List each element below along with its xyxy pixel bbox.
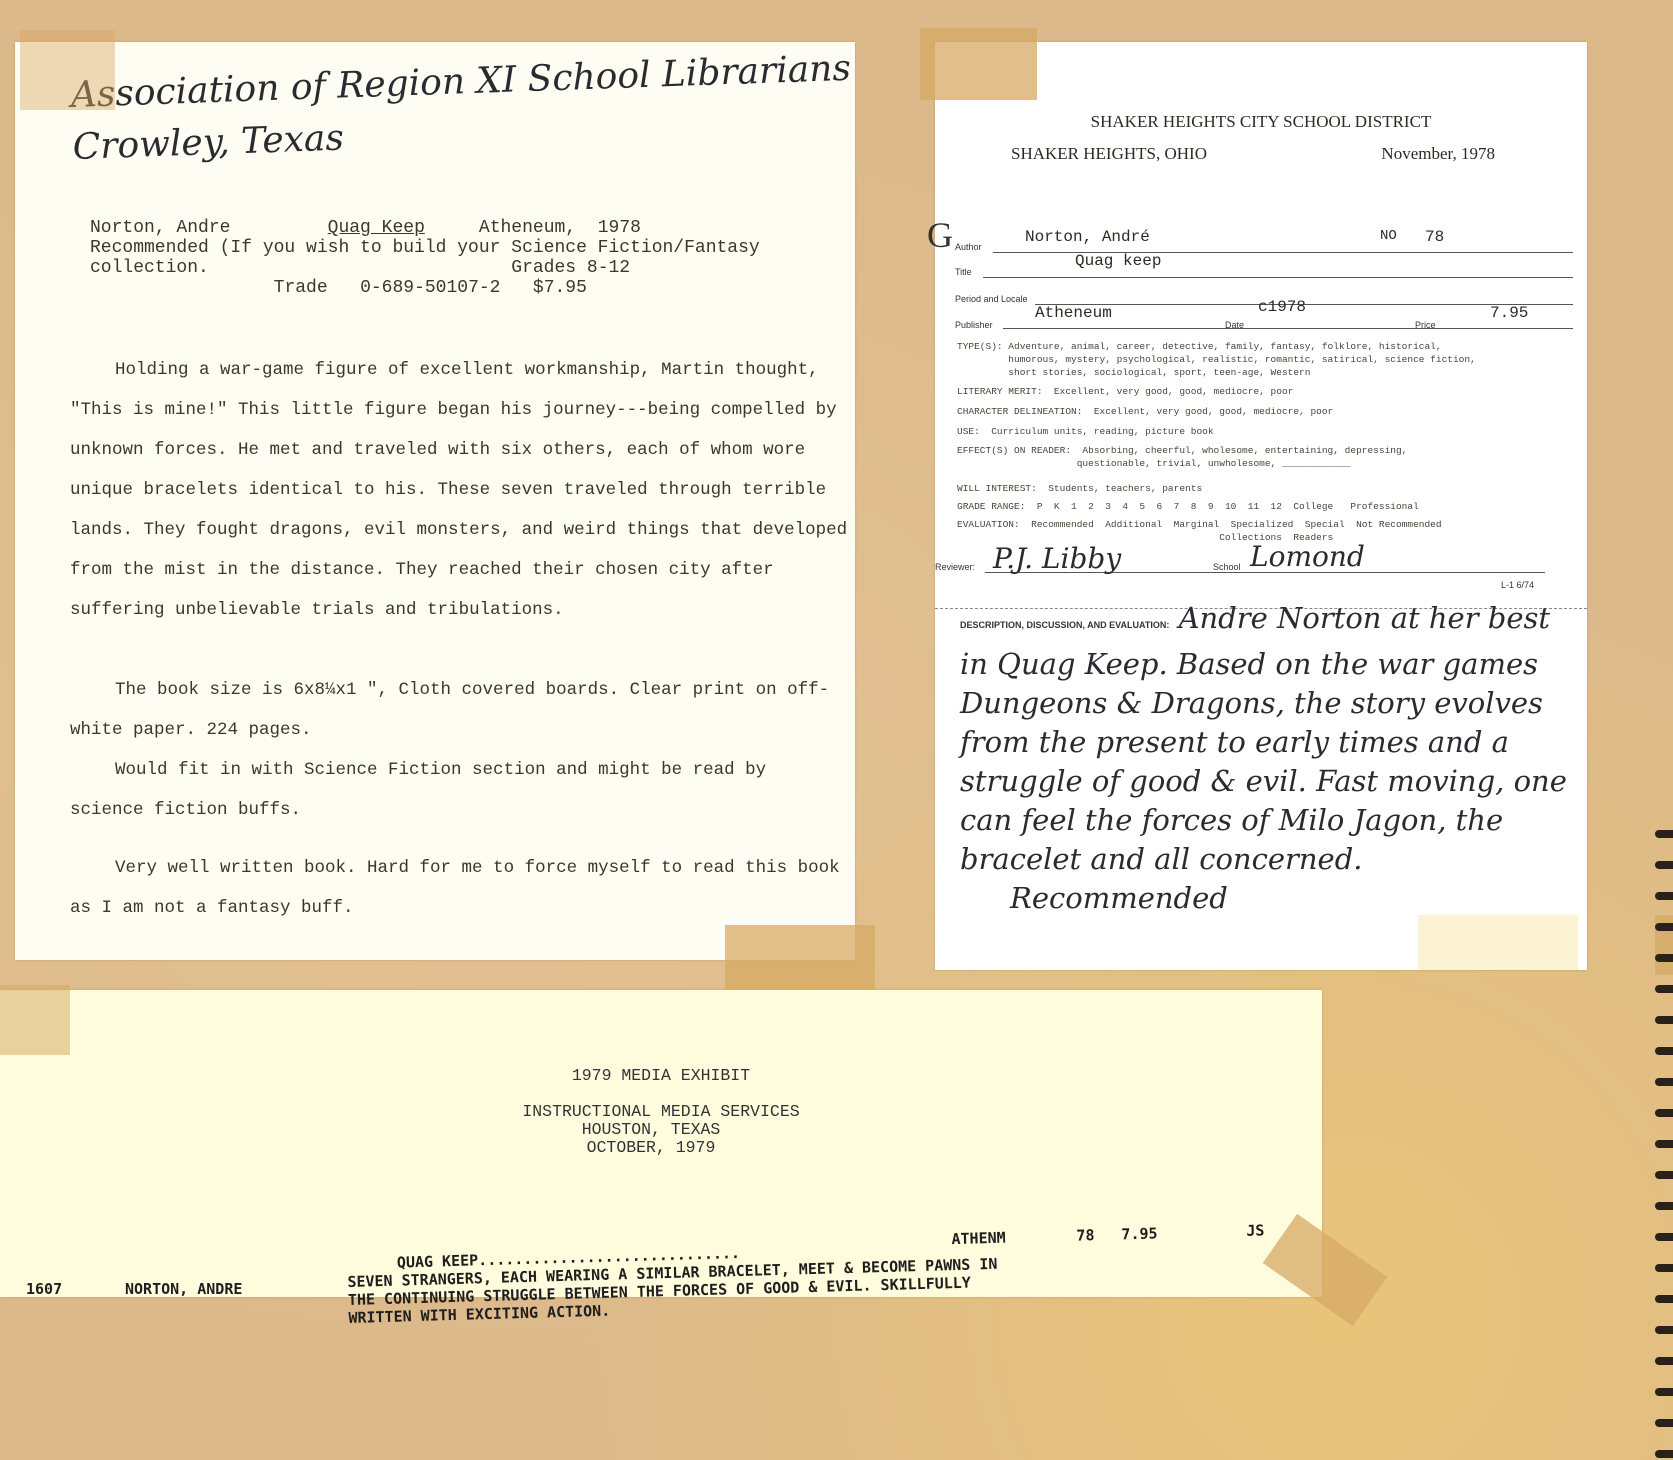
reviewer-signature: P.J. Libby — [993, 542, 1121, 575]
entry-number: 1607 — [26, 1280, 62, 1298]
exhibit-date: OCTOBER, 1979 — [0, 1138, 1312, 1157]
form-code: L-1 6/74 — [1501, 580, 1534, 590]
tape-left-bottom — [725, 925, 875, 990]
review-paragraph-opinion: Very well written book. Hard for me to f… — [70, 848, 850, 928]
spiral-coil — [1655, 1419, 1673, 1427]
title-line — [983, 277, 1573, 278]
reviewer-label: Reviewer: — [935, 562, 975, 572]
media-exhibit-clipping: 1979 MEDIA EXHIBIT INSTRUCTIONAL MEDIA S… — [0, 990, 1322, 1297]
description-section: DESCRIPTION, DISCUSSION, AND EVALUATION:… — [960, 599, 1580, 918]
title-label: Title — [955, 267, 972, 277]
region-xi-review-clipping: Association of Region XI School Libraria… — [15, 42, 855, 960]
school-label: School — [1213, 562, 1241, 572]
evaluation: EVALUATION: Recommended Additional Margi… — [957, 518, 1442, 544]
handwritten-verdict: Recommended — [1010, 879, 1580, 918]
exhibit-title: 1979 MEDIA EXHIBIT — [0, 1066, 1322, 1085]
citation-isbn: 0-689-50107-2 — [360, 278, 500, 298]
shaker-heights-review-card: SHAKER HEIGHTS CITY SCHOOL DISTRICT SHAK… — [935, 42, 1587, 970]
description-label: DESCRIPTION, DISCUSSION, AND EVALUATION: — [960, 620, 1169, 630]
spiral-coil — [1655, 1233, 1673, 1241]
entry-level: JS — [1246, 1221, 1265, 1239]
review-body: Holding a war-game figure of excellent w… — [70, 350, 850, 968]
date-label: Date — [1225, 320, 1244, 330]
author-label: Author — [955, 242, 982, 252]
tape-card-top — [920, 28, 1037, 100]
no-label: NO — [1380, 228, 1397, 244]
publisher-value: Atheneum — [1035, 304, 1112, 322]
review-paragraph-summary: Holding a war-game figure of excellent w… — [70, 350, 850, 630]
publisher-line — [1003, 328, 1573, 329]
entry-publisher: ATHENM — [951, 1229, 1006, 1249]
entry-author: NORTON, ANDRE — [125, 1280, 242, 1298]
spiral-coil — [1655, 1016, 1673, 1024]
review-paragraph-physical: The book size is 6x8¼x1 ", Cloth covered… — [70, 670, 850, 750]
entry-year: 78 — [1076, 1226, 1095, 1244]
spiral-coil — [1655, 954, 1673, 962]
spiral-coil — [1655, 1047, 1673, 1055]
district-name: SHAKER HEIGHTS CITY SCHOOL DISTRICT — [935, 112, 1587, 132]
literary-merit: LITERARY MERIT: Excellent, very good, go… — [957, 385, 1293, 398]
spiral-coil — [1655, 1388, 1673, 1396]
publisher-label: Publisher — [955, 320, 993, 330]
effects-on-reader: EFFECT(S) ON READER: Absorbing, cheerful… — [957, 444, 1407, 470]
citation-recommendation-cont: collection. — [90, 258, 209, 278]
will-interest: WILL INTEREST: Students, teachers, paren… — [957, 482, 1202, 495]
handwritten-source-header: Association of Region XI School Libraria… — [70, 43, 854, 174]
spiral-coil — [1655, 1109, 1673, 1117]
spiral-coil — [1655, 892, 1673, 900]
character-delineation: CHARACTER DELINEATION: Excellent, very g… — [957, 405, 1333, 418]
citation-title: Quag Keep — [328, 218, 425, 238]
spiral-coil — [1655, 1202, 1673, 1210]
spiral-coil — [1655, 830, 1673, 838]
citation-recommendation: Recommended (If you wish to build your S… — [90, 238, 760, 258]
price-value: 7.95 — [1490, 304, 1528, 322]
spiral-coil — [1655, 1171, 1673, 1179]
use-field: USE: Curriculum units, reading, picture … — [957, 425, 1214, 438]
entry-price: 7.95 — [1121, 1224, 1158, 1243]
exhibit-location: HOUSTON, TEXAS — [0, 1120, 1312, 1139]
card-date: November, 1978 — [1381, 144, 1495, 164]
citation-binding: Trade — [274, 278, 328, 298]
spiral-coil — [1655, 1140, 1673, 1148]
spiral-coil — [1655, 923, 1673, 931]
spiral-coil — [1655, 1078, 1673, 1086]
spiral-coil — [1655, 1295, 1673, 1303]
spiral-coil — [1655, 1326, 1673, 1334]
tape-card-bottom — [1418, 915, 1578, 970]
citation-publisher: Atheneum, 1978 — [479, 218, 641, 238]
citation-author: Norton, Andre — [90, 218, 230, 238]
period-label: Period and Locale — [955, 294, 1028, 304]
spiral-coil — [1655, 1450, 1673, 1458]
types-list: TYPE(S): Adventure, animal, career, dete… — [957, 340, 1476, 379]
review-paragraph-shelving: Would fit in with Science Fiction sectio… — [70, 750, 850, 830]
entry-block: QUAG KEEP............................. A… — [345, 1177, 997, 1267]
grade-range: GRADE RANGE: P K 1 2 3 4 5 6 7 8 9 10 11… — [957, 500, 1419, 513]
citation-block: Norton, Andre Quag Keep Atheneum, 1978 R… — [90, 218, 760, 298]
tape-left-top — [20, 30, 115, 110]
price-label: Price — [1415, 320, 1436, 330]
citation-grades: Grades 8-12 — [511, 258, 630, 278]
grade-letter: G — [927, 214, 953, 256]
author-value: Norton, André — [1025, 228, 1150, 246]
tape-bottom-left — [0, 985, 70, 1055]
no-value: 78 — [1425, 228, 1444, 246]
spiral-coil — [1655, 985, 1673, 993]
district-city: SHAKER HEIGHTS, OHIO — [1011, 144, 1207, 164]
exhibit-org: INSTRUCTIONAL MEDIA SERVICES — [0, 1102, 1322, 1121]
title-value: Quag keep — [1075, 252, 1161, 270]
spiral-coil — [1655, 1357, 1673, 1365]
description-handwritten: Andre Norton at her best in Quag Keep. B… — [960, 601, 1567, 876]
spiral-coil — [1655, 861, 1673, 869]
school-handwritten: Lomond — [1250, 540, 1365, 573]
date-value: c1978 — [1258, 298, 1306, 316]
citation-price: $7.95 — [533, 278, 587, 298]
spiral-coil — [1655, 1264, 1673, 1272]
